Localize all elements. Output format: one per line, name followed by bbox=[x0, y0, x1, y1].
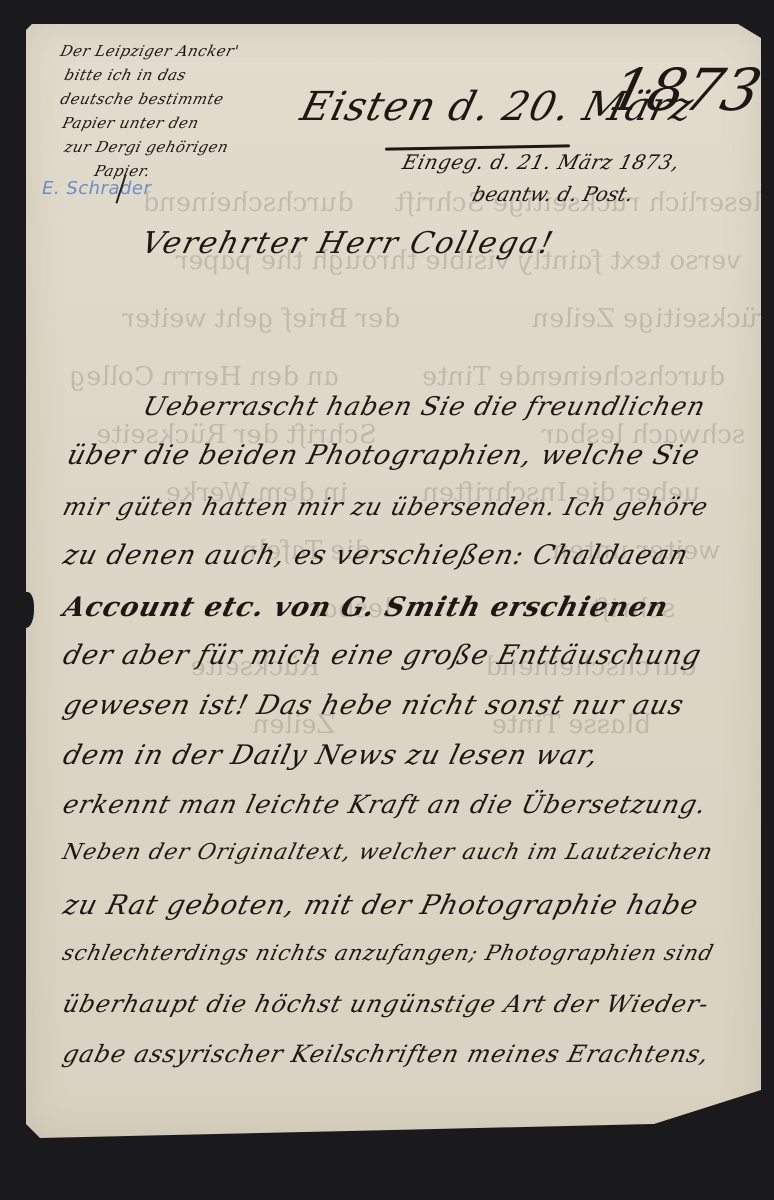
body-line: schlechterdings nichts anzufangen; Photo… bbox=[60, 940, 717, 965]
body-line: Account etc. von G. Smith erschienen bbox=[60, 592, 672, 623]
body-line: über die beiden Photographien, welche Si… bbox=[64, 440, 703, 471]
body-line: zu denen auch, es verschießen: Chaldaean bbox=[60, 540, 692, 571]
body-line: mir güten hatten mir zu übersenden. Ich … bbox=[60, 492, 712, 521]
body-line: dem in der Daily News zu lesen war, bbox=[60, 740, 602, 771]
body-line: zu Rat geboten, mit der Photographie hab… bbox=[60, 890, 702, 921]
marginal-note-line: zur Dergi gehörigen bbox=[62, 136, 231, 158]
body-line: erkennt man leichte Kraft an die Überset… bbox=[60, 790, 710, 819]
marginal-note-line: bitte ich in das bbox=[62, 64, 189, 86]
body-line: gabe assyrischer Keilschriften meines Er… bbox=[60, 1040, 712, 1068]
marginal-note-line: Der Leipziger Ancker' bbox=[58, 40, 241, 62]
body-line: überhaupt die höchst ungünstige Art der … bbox=[60, 990, 712, 1018]
body-line: der aber für mich eine große Enttäuschun… bbox=[60, 640, 705, 671]
archive-stamp: E. Schrader bbox=[42, 178, 151, 199]
paper-tear bbox=[18, 592, 34, 628]
answered-note: beantw. d. Post. bbox=[470, 182, 636, 206]
body-line: gewesen ist! Das hebe nicht sonst nur au… bbox=[60, 690, 687, 721]
salutation: Verehrter Herr Collega! bbox=[138, 226, 558, 261]
body-line: Neben der Originaltext, welcher auch im … bbox=[60, 840, 716, 865]
body-line: Ueberrascht haben Sie die freundlichen bbox=[140, 392, 709, 422]
marginal-note-line: Papier unter den bbox=[60, 112, 201, 134]
year: 1873 bbox=[604, 56, 769, 124]
received-note: Eingeg. d. 21. März 1873, bbox=[400, 150, 682, 174]
marginal-note-line: deutsche bestimmte bbox=[58, 88, 226, 110]
